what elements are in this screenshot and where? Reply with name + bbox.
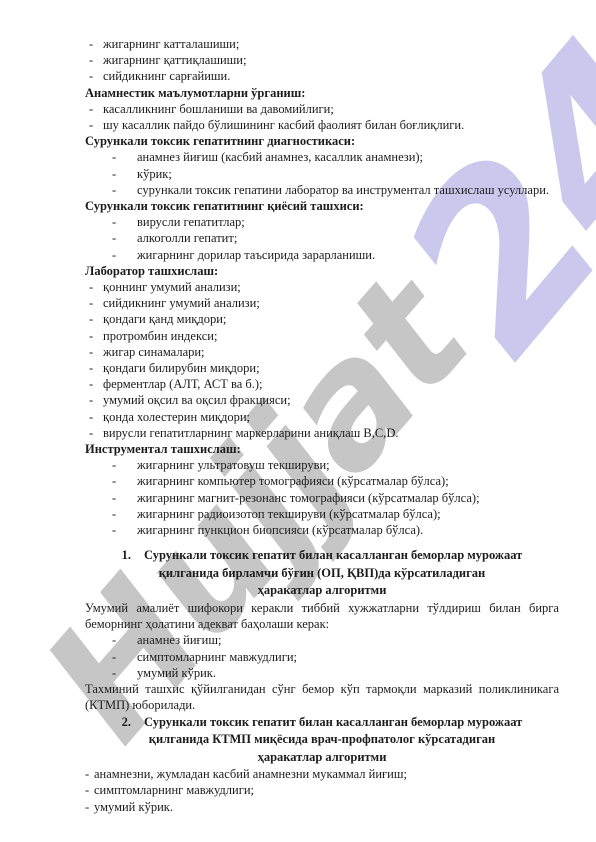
section-heading: Сурункали токсик гепатитнинг диагностика…: [85, 133, 559, 149]
bullet-dash: -: [89, 425, 103, 441]
list-item: -жигарнинг дорилар таъсирида зарарланиши…: [85, 247, 559, 263]
bullet-dash: -: [89, 295, 103, 311]
bullet-dash: -: [112, 522, 137, 538]
list-item-text: сийдикнинг умумий анализи;: [103, 295, 260, 311]
list-item: -умумий оқсил ва оқсил фракцияси;: [85, 392, 559, 408]
bullet-dash: -: [89, 68, 103, 84]
list-item: -жигарнинг магнит-резонанс томографияси …: [85, 490, 559, 506]
list-item: -анамнез йиғиш (касбий анамнез, касаллик…: [85, 149, 559, 165]
list-item: -вирусли гепатитларнинг маркерларини ани…: [85, 425, 559, 441]
list-item: -жигарнинг радиоизотоп текшируви (кўрсат…: [85, 506, 559, 522]
list-item-text: кўрик;: [137, 166, 172, 182]
bullet-dash: -: [112, 149, 137, 165]
bullet-dash: -: [89, 101, 103, 117]
list-item-text: вирусли гепатитларнинг маркерларини аниқ…: [103, 425, 398, 441]
list-item-text: қоннинг умумий анализи;: [103, 279, 241, 295]
list-item: -протромбин индекси;: [85, 328, 559, 344]
bullet-dash: -: [89, 311, 103, 327]
list-item: -қонда холестерин миқдори;: [85, 409, 559, 425]
list-item: -жигар синамалари;: [85, 344, 559, 360]
list-item: -қондаги билирубин миқдори;: [85, 360, 559, 376]
heading-text: Сурункали токсик гепатит билан касалланг…: [144, 715, 522, 729]
bullet-dash: -: [89, 52, 103, 68]
list-item: -сурункали токсик гепатини лаборатор ва …: [85, 182, 559, 198]
heading-text: Сурункали токсик гепатит билан касалланг…: [144, 548, 522, 562]
numbered-heading-line: ҳаракатлар алгоритми: [85, 582, 559, 600]
section-heading: Инструментал ташхислаш:: [85, 441, 559, 457]
bullet-dash: -: [112, 665, 137, 681]
bullet-dash: -: [89, 117, 103, 133]
list-item-text: сийдикнинг сарғайиши.: [103, 68, 230, 84]
section-heading: Анамнестик маълумотларни ўрганиш:: [85, 85, 559, 101]
bullet-list: -қоннинг умумий анализи;-сийдикнинг умум…: [85, 279, 559, 441]
list-item: -вирусли гепатитлар;: [85, 214, 559, 230]
section-heading: Лаборатор ташхислаш:: [85, 263, 559, 279]
bullet-dash: -: [85, 782, 94, 798]
list-item-text: касалликнинг бошланиши ва давомийлиги;: [103, 101, 334, 117]
bullet-dash: -: [112, 166, 137, 182]
list-item-text: қондаги билирубин миқдори;: [103, 360, 260, 376]
list-item: -жигарнинг компьютер томографияси (кўрса…: [85, 473, 559, 489]
list-item-text: анамнез йиғиш;: [137, 632, 221, 648]
bullet-dash: -: [112, 649, 137, 665]
list-item: -қондаги қанд миқдори;: [85, 311, 559, 327]
section-heading: Сурункали токсик гепатитнинг қиёсий ташх…: [85, 198, 559, 214]
bullet-list: -анамнезни, жумладан касбий анамнезни му…: [85, 766, 559, 815]
paragraph: Умумий амалиёт шифокори керакли тиббий х…: [85, 600, 559, 632]
bullet-list: -жигарнинг катталашиши;-жигарнинг қаттиқ…: [85, 36, 559, 85]
list-item: -жигарнинг пункцион биопсияси (кўрсатмал…: [85, 522, 559, 538]
list-item: -касалликнинг бошланиши ва давомийлиги;: [85, 101, 559, 117]
list-item-text: қонда холестерин миқдори;: [103, 409, 250, 425]
bullet-dash: -: [89, 392, 103, 408]
numbered-heading: 2.Сурункали токсик гепатит билан касалла…: [85, 714, 559, 767]
list-item-text: умумий кўрик.: [137, 665, 216, 681]
numbered-heading: 1.Сурункали токсик гепатит билан касалла…: [85, 547, 559, 600]
paragraph: Тахминий ташхис қўйилганидан сўнг бемор …: [85, 681, 559, 713]
bullet-list: -жигарнинг ультратовуш текшируви;-жигарн…: [85, 457, 559, 538]
numbered-heading-line: 2.Сурункали токсик гепатит билан касалла…: [85, 714, 559, 732]
list-item: -жигарнинг катталашиши;: [85, 36, 559, 52]
list-item-text: анамнезни, жумладан касбий анамнезни мук…: [94, 766, 407, 782]
list-item: -анамнез йиғиш;: [85, 632, 559, 648]
heading-number: 2.: [122, 715, 131, 729]
bullet-dash: -: [112, 182, 137, 198]
list-item: -симптомларнинг мавжудлиги;: [85, 649, 559, 665]
bullet-dash: -: [85, 799, 94, 815]
list-item-text: вирусли гепатитлар;: [137, 214, 245, 230]
list-item-text: анамнез йиғиш (касбий анамнез, касаллик …: [137, 149, 423, 165]
list-item-text: ферментлар (АЛТ, АСТ ва б.);: [103, 376, 263, 392]
list-item-text: сурункали токсик гепатини лаборатор ва и…: [137, 182, 549, 198]
numbered-heading-line: 1.Сурункали токсик гепатит билан касалла…: [85, 547, 559, 565]
bullet-dash: -: [112, 632, 137, 648]
bullet-dash: -: [85, 766, 94, 782]
numbered-heading-line: ҳаракатлар алгоритми: [85, 749, 559, 767]
bullet-list: -анамнез йиғиш (касбий анамнез, касаллик…: [85, 149, 559, 198]
bullet-dash: -: [89, 36, 103, 52]
heading-number: 1.: [122, 548, 131, 562]
list-item-text: жигарнинг ультратовуш текшируви;: [137, 457, 330, 473]
list-item-text: жигарнинг қаттиқлашиши;: [103, 52, 246, 68]
bullet-dash: -: [89, 360, 103, 376]
numbered-heading-line: қилганида КТМП миқёсида врач-профпатолог…: [85, 731, 559, 749]
document-body: -жигарнинг катталашиши;-жигарнинг қаттиқ…: [85, 36, 559, 815]
bullet-list: -вирусли гепатитлар;-алкоголли гепатит;-…: [85, 214, 559, 263]
list-item: -умумий кўрик.: [85, 799, 559, 815]
bullet-dash: -: [89, 409, 103, 425]
list-item: -сийдикнинг умумий анализи;: [85, 295, 559, 311]
list-item: -жигарнинг қаттиқлашиши;: [85, 52, 559, 68]
bullet-list: -анамнез йиғиш;-симптомларнинг мавжудлиг…: [85, 632, 559, 681]
list-item: -симптомларнинг мавжудлиги;: [85, 782, 559, 798]
bullet-dash: -: [112, 506, 137, 522]
numbered-heading-line: қилганида бирламчи бўғин (ОП, ҚВП)да кўр…: [85, 565, 559, 583]
list-item-text: жигарнинг радиоизотоп текшируви (кўрсатм…: [137, 506, 441, 522]
bullet-dash: -: [112, 214, 137, 230]
bullet-dash: -: [112, 490, 137, 506]
list-item-text: жигарнинг пункцион биопсияси (кўрсатмала…: [137, 522, 423, 538]
list-item: -алкоголли гепатит;: [85, 230, 559, 246]
bullet-dash: -: [89, 279, 103, 295]
bullet-dash: -: [112, 473, 137, 489]
list-item-text: симптомларнинг мавжудлиги;: [137, 649, 297, 665]
list-item-text: қондаги қанд миқдори;: [103, 311, 226, 327]
list-item-text: жигарнинг компьютер томографияси (кўрсат…: [137, 473, 449, 489]
list-item: -ферментлар (АЛТ, АСТ ва б.);: [85, 376, 559, 392]
list-item-text: жигарнинг дорилар таъсирида зарарланиши.: [137, 247, 375, 263]
list-item-text: шу касаллик пайдо бўлишининг касбий фаол…: [103, 117, 464, 133]
list-item: -қоннинг умумий анализи;: [85, 279, 559, 295]
list-item: -шу касаллик пайдо бўлишининг касбий фао…: [85, 117, 559, 133]
bullet-dash: -: [112, 457, 137, 473]
list-item: -умумий кўрик.: [85, 665, 559, 681]
list-item: -сийдикнинг сарғайиши.: [85, 68, 559, 84]
list-item-text: алкоголли гепатит;: [137, 230, 237, 246]
list-item-text: умумий оқсил ва оқсил фракцияси;: [103, 392, 291, 408]
list-item-text: жигарнинг магнит-резонанс томографияси (…: [137, 490, 480, 506]
bullet-dash: -: [89, 376, 103, 392]
list-item: -жигарнинг ультратовуш текшируви;: [85, 457, 559, 473]
bullet-dash: -: [89, 344, 103, 360]
list-item-text: симптомларнинг мавжудлиги;: [94, 782, 254, 798]
bullet-dash: -: [89, 328, 103, 344]
document-page: Hujjat 24 -жигарнинг катталашиши;-жигарн…: [0, 0, 596, 842]
bullet-dash: -: [112, 230, 137, 246]
bullet-dash: -: [112, 247, 137, 263]
list-item-text: жигарнинг катталашиши;: [103, 36, 239, 52]
list-item: -кўрик;: [85, 166, 559, 182]
bullet-list: -касалликнинг бошланиши ва давомийлиги;-…: [85, 101, 559, 133]
list-item-text: протромбин индекси;: [103, 328, 217, 344]
list-item-text: жигар синамалари;: [103, 344, 205, 360]
list-item: -анамнезни, жумладан касбий анамнезни му…: [85, 766, 559, 782]
list-item-text: умумий кўрик.: [94, 799, 173, 815]
